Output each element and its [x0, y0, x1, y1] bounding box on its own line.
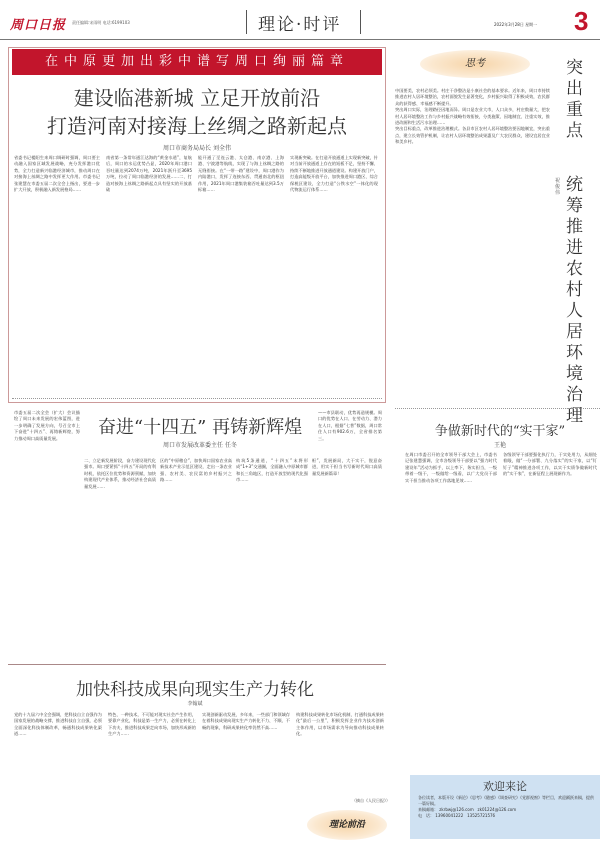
think-vertical-title-1: 突出重点: [566, 58, 588, 142]
mid-column-1: 二、立足新发展阶段，奋力建设现代化强市。周口要紧抓“十四五”开局的有利时机，依托…: [84, 458, 156, 658]
lead-banner: 在中原更加出彩中谱写周口绚丽篇章: [12, 49, 382, 75]
section-title: 理论·时评: [258, 10, 341, 35]
welcome-text: 各位读者，本版开设《新论》《思考》《随感》《调查研究》《党群视窗》等栏目，欢迎踊…: [418, 795, 594, 819]
think-vertical-title-2: 统筹推进农村人居环境治理: [566, 175, 588, 427]
think-paragraph: 中国要美，农村必须美。村庄干净整洁是小康社会的基本要求。近年来，周口市持续推进农…: [395, 88, 553, 107]
welcome-contributions-box: 欢迎来论 各位读者，本版开设《新论》《思考》《随感》《调查研究》《党群视窗》等栏…: [410, 775, 600, 839]
newspaper-logo: 周口日报: [10, 14, 66, 33]
lead-byline: 周口市商务局局长 刘全伟: [12, 143, 382, 152]
issue-date: 2022年3月28日 星期一: [494, 22, 537, 28]
doer-column-1: 在周口市委召开的全市领导干部大会上，市委书记张建慧强调，全市各级领导干部要以“强…: [405, 452, 497, 760]
mid-headline: 奋进“十四五” 再铸新辉煌: [80, 413, 320, 439]
mid-column-3: 构筑5条通道，“十四五”末将形成“1+3”交通圈，全面融入中原城市群和长三角地区…: [236, 458, 308, 658]
welcome-description: 各位读者，本版开设《新论》《思考》《随感》《调查研究》《党群视窗》等栏目，欢迎踊…: [418, 795, 594, 807]
mid-byline: 周口市发展改革委主任 任冬: [80, 440, 320, 449]
doer-byline: 王艳: [400, 440, 600, 449]
mid-column-2: 区的“中原粮仓”，加快周口国家农业高新技术产业示范区建设，走出一条农业强、农村美…: [160, 458, 232, 658]
theory-frontier-label: 理论前沿: [307, 810, 387, 840]
section-divider: [8, 664, 386, 665]
lead-column-2: 南省第一条常年通江达海的“黄金水道”，复航后，周口的水运优势凸显，2020年周口…: [106, 155, 192, 390]
email-1[interactable]: zkrbwj@126.com: [439, 807, 473, 812]
bottom-headline: 加快科技成果向现实生产力转化: [40, 675, 350, 700]
think-paragraph: 突出周口实际，治理路径因地而异。周口是农业大市，人口众多，村庄数量大，把农村人居…: [395, 107, 553, 126]
bottom-column-4: 构建科技成果转化市场化机制，打通科技成果转化“最后一公里”，积极发挥企业作为技术…: [296, 712, 384, 797]
lead-column-1: 省委书记楼阳生来周口调研时强调，周口要主动融入国家区域发展战略，充分发挥港口优势…: [14, 155, 100, 390]
lead-column-3: 能开通了至连云港、太仓港、南京港、上海港、宁波港等航线，实现了与海上丝绸之路的无…: [198, 155, 284, 390]
phone-label: 电 话：: [418, 813, 434, 818]
lead-headline-line2: 打造河南对接海上丝绸之路新起点: [12, 110, 382, 139]
doer-column-2: 各级领导干部要强化执行力，于实处用力，从细处着眼，做“一分部署、九分落实”的实干…: [503, 452, 597, 760]
think-author: 祝俊伟: [555, 178, 563, 196]
lead-headline-line1: 建设临港新城 立足开放前沿: [12, 82, 382, 111]
doer-headline: 争做新时代的“实干家”: [400, 420, 600, 439]
section-divider: [395, 408, 600, 409]
email-label: 来稿邮箱：: [418, 807, 438, 812]
masthead: 周口日报 责任编辑:宋雨明 电话:6199103 理论·时评 2022年3月28…: [0, 0, 600, 40]
mid-intro-column: 市委五届二次全会（扩大）会议描绘了周口未来发展的宏伟蓝图，进一步明确了发展方向，…: [14, 410, 80, 660]
think-label: 思考: [420, 50, 530, 78]
editor-line: 责任编辑:宋雨明 电话:6199103: [72, 20, 130, 26]
think-paragraph: 突出目标重点，改革推进治理模式。各县市区农村人居环境整治要因地制宜，突出重点，建…: [395, 126, 553, 145]
welcome-title: 欢迎来论: [410, 778, 600, 794]
bottom-source: （摘自《人民日报》）: [310, 798, 390, 804]
think-article-body: 中国要美，农村必须美。村庄干净整洁是小康社会的基本要求。近年来，周口市持续推进农…: [395, 88, 553, 388]
email-2[interactable]: zk01224@126.com: [478, 807, 517, 812]
page-number: 3: [574, 6, 588, 37]
bottom-column-1: 党的十九届六中全会强调，把科技自立自强作为国家发展的战略支撑，推进科技自立自强，…: [14, 712, 102, 842]
bottom-column-3: 实现创新驱动发展，多年来，一些部门和领域存在着科技成果向现实生产力转化不力、不顺…: [202, 712, 290, 802]
phone-row: 电 话： 13960041222 13525721576: [418, 813, 594, 819]
phone-1: 13960041222: [435, 813, 463, 818]
mid-right-column: ——市县联动，优势再造规模。周口的优势在人口、在劳动力、潜力在人口，根据“七普”…: [318, 410, 382, 458]
lead-column-4: 实现新突破。在打造开放通道上实现新突破，针对当前开放通道上存在的短板不足，坚持不…: [290, 155, 378, 390]
divider: [360, 10, 361, 34]
bottom-column-2: 特色、一种技术，不可能对现实社会产生作用，要靠产业化，科技是第一生产力，必须在转…: [108, 712, 196, 842]
phone-2: 13525721576: [467, 813, 495, 818]
bottom-byline: 李翰斌: [40, 700, 350, 707]
divider: [246, 10, 247, 34]
mid-column-4: 枢”，发展新局，大干实干，锐意奋进，用实干担当书写新时代周口高质量发展新篇章！: [312, 458, 382, 658]
section-divider: [12, 398, 382, 399]
